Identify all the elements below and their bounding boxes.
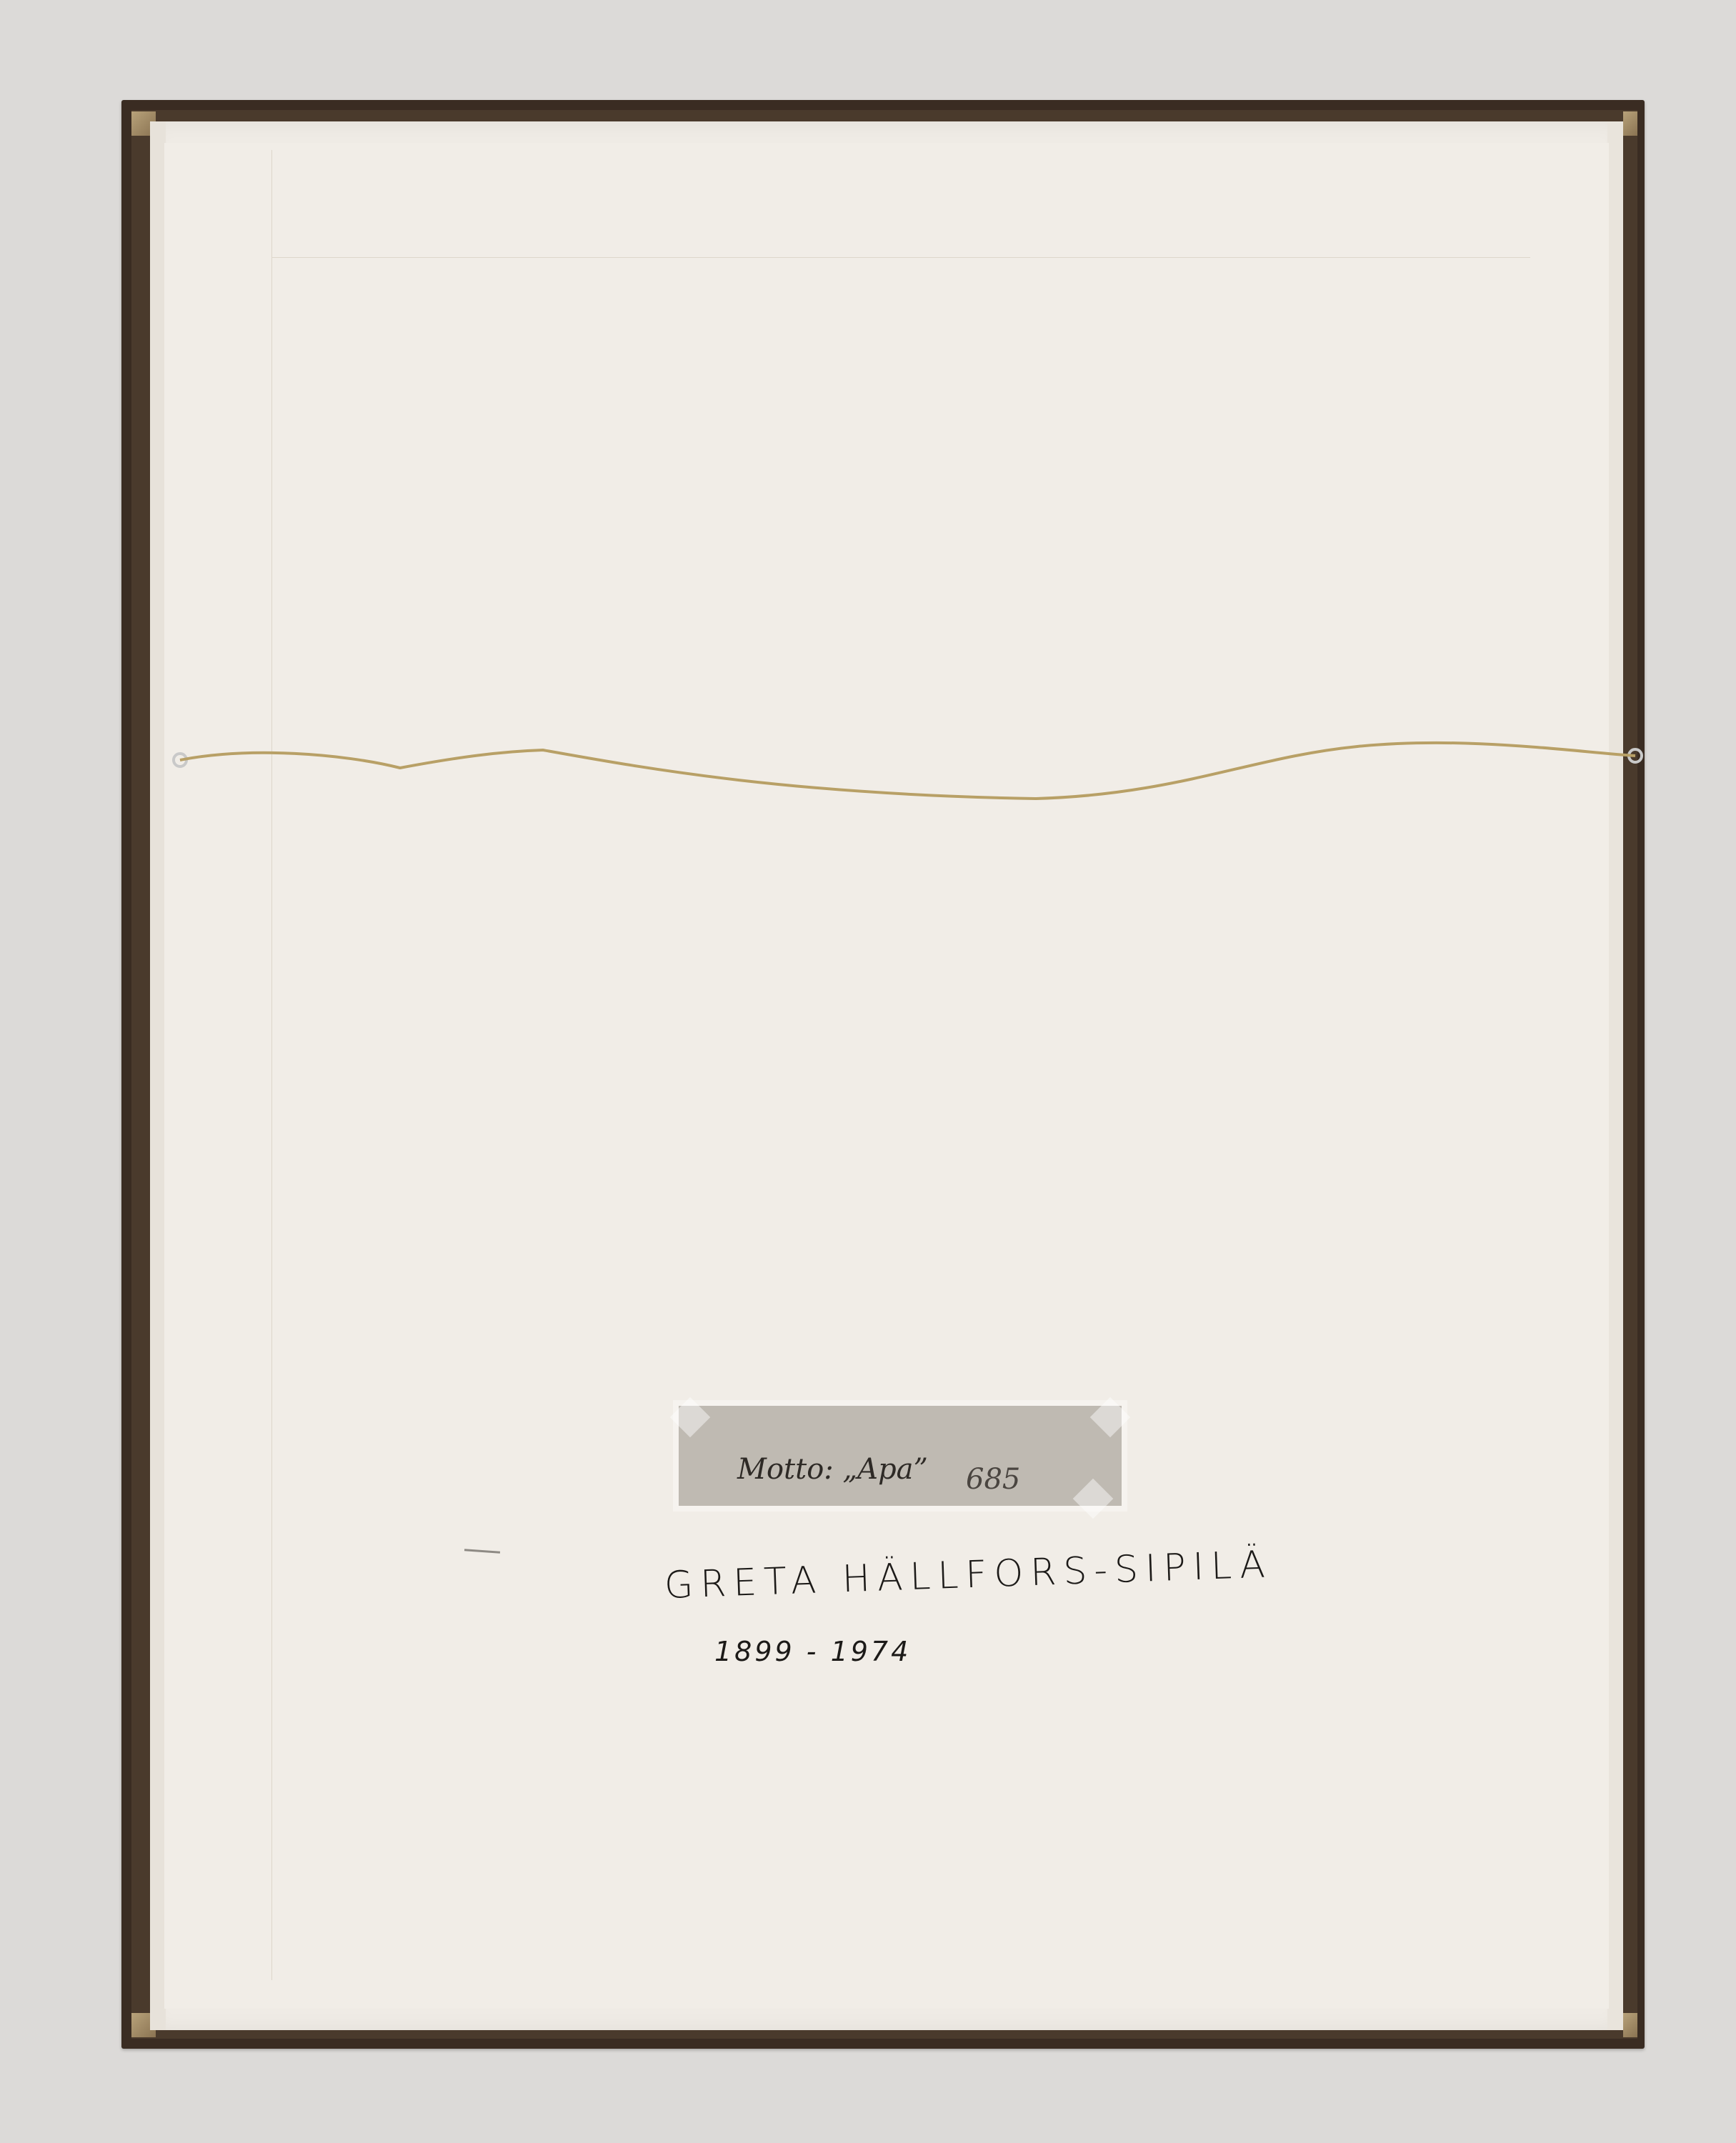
label-number: 685 [966,1463,1020,1496]
hanging-wire [0,0,1736,2143]
wire-strand [180,743,1635,799]
label-motto-text: Motto: „Apa” [737,1453,928,1486]
paper-label: Motto: „Apa” 685 [679,1406,1122,1506]
artist-dates: 1899 - 1974 [714,1636,911,1667]
